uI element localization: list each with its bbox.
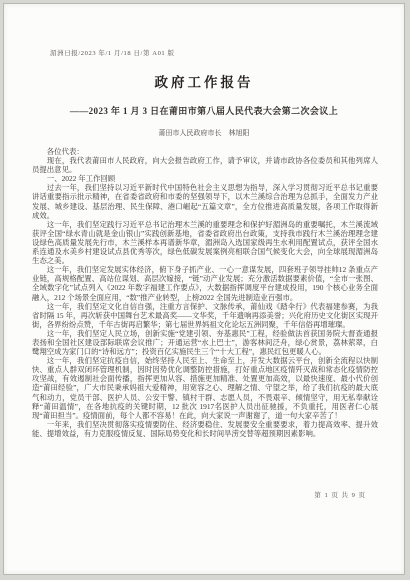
- paragraph: 现在，我代表莆田市人民政府，向大会报告政府工作，请予审议，并请市政协各位委员和其…: [32, 156, 378, 174]
- paragraph: 这一年，我们坚定践行习近平总书记治理木兰溪的重要理念和保护好湄洲岛的重要嘱托，木…: [32, 220, 378, 265]
- paragraph: 这一年，我们坚定文化自信自强，注重方言保护、文脉传承，莆仙戏《踏伞行》代表福建参…: [32, 302, 378, 329]
- paragraph: 这一年，我们坚定人民立场，创新实施“党建引领、夯基惠民”工程，经验做法首获国务院…: [32, 329, 378, 356]
- section-heading: 一、2022 年工作回顾: [32, 174, 378, 183]
- byline: 莆田市人民政府市长 林旭阳: [4, 128, 404, 138]
- page-number: 第 1 页 共 9 页: [314, 490, 366, 499]
- report-body: 各位代表： 现在，我代表莆田市人民政府，向大会报告政府工作，请予审议，并请市政协…: [32, 147, 378, 438]
- paragraph: 一年来，我们坚决贯彻落实疫情要防住、经济要稳住、发展要安全重要要求，着力提高效率…: [32, 420, 378, 438]
- paragraph: 这一年，我们坚定抗疫自信，始终坚持人民至上、生命至上，开发大数据云平台，创新全流…: [32, 356, 378, 420]
- report-subtitle: ——2023 年 1 月 3 日在莆田市第八届人民代表大会第二次会议上: [4, 104, 404, 117]
- paragraph: 这一年，我们坚定发展实体经济，俯下身子抓产业、一心一意谋发展，四套班子领导挂帅1…: [32, 265, 378, 301]
- document-page: 湄洲日报/2023 年/1 月/18 日/第 A01 版 政府工作报告 ——20…: [3, 3, 405, 575]
- masthead: 湄洲日报/2023 年/1 月/18 日/第 A01 版: [50, 48, 404, 57]
- paragraph: 过去一年，我们坚持以习近平新时代中国特色社会主义思想为指导，深入学习贯彻习近平总…: [32, 183, 378, 219]
- salutation: 各位代表：: [32, 147, 378, 156]
- report-title: 政府工作报告: [4, 71, 404, 91]
